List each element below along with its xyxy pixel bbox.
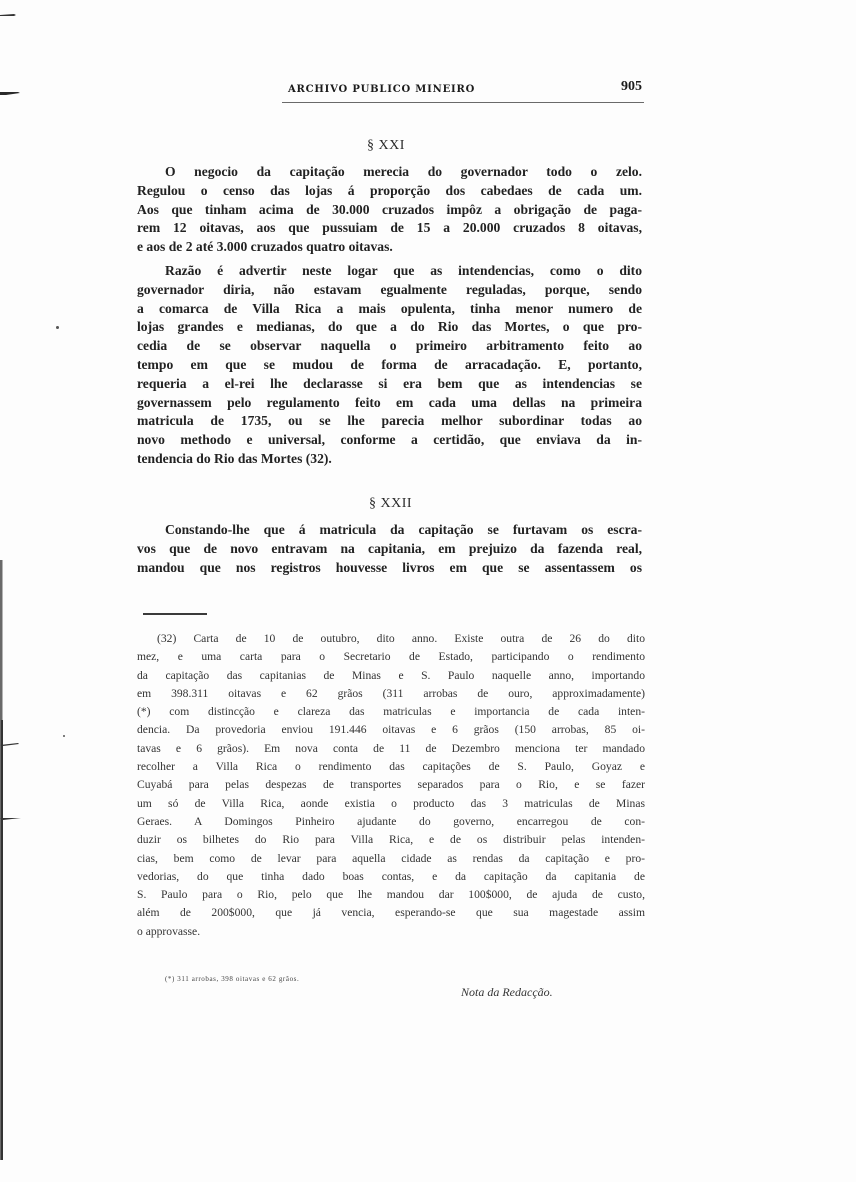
footnote-line: em 398.311 oitavas e 62 grãos (311 arrob…	[137, 685, 645, 703]
footnote-line: da capitação das capitanias de Minas e S…	[137, 667, 645, 685]
running-header: ARCHIVO PUBLICO MINEIRO 905	[282, 78, 644, 104]
text-line: novo methodo e universal, conforme a cer…	[137, 431, 642, 450]
footnote-line: recolher a Villa Rica o rendimento das c…	[137, 758, 645, 776]
text-line: cedia de se observar naquella o primeiro…	[137, 337, 642, 356]
text-line: e aos de 2 até 3.000 cruzados quatro oit…	[137, 238, 642, 257]
scan-speck	[56, 326, 59, 329]
text-line: vos que de novo entravam na capitania, e…	[137, 540, 642, 559]
paragraph-xxi-1: O negocio da capitação merecia do govern…	[137, 163, 642, 257]
footnote-line: um só de Villa Rica, aonde existia o pro…	[137, 795, 645, 813]
footnote-32: (32) Carta de 10 de outubro, dito anno. …	[137, 630, 645, 941]
text-line: tempo em que se mudou de forma de arraca…	[137, 356, 642, 375]
footnote-rule	[143, 613, 207, 615]
paragraph-xxii-1: Constando-lhe que á matricula da capitaç…	[137, 521, 642, 577]
footnote-line: Cuyabá para pelas despezas de transporte…	[137, 776, 645, 794]
footnote-line: (32) Carta de 10 de outubro, dito anno. …	[137, 630, 645, 648]
text-line: Razão é advertir neste logar que as inte…	[137, 262, 642, 281]
text-line: requeria a el-rei lhe declarasse si era …	[137, 375, 642, 394]
text-line: O negocio da capitação merecia do govern…	[137, 163, 642, 182]
page-number: 905	[621, 79, 642, 95]
header-rule	[282, 102, 644, 103]
footnote-line: o approvasse.	[137, 923, 645, 941]
footnote-line: cias, bem como de levar para aquella cid…	[137, 850, 645, 868]
editor-note: Nota da Redacção.	[461, 985, 553, 1000]
scanned-page: ARCHIVO PUBLICO MINEIRO 905 § XXI O nego…	[0, 0, 856, 1182]
footnote-line: Geraes. A Domingos Pinheiro ajudante do …	[137, 813, 645, 831]
text-line: Regulou o censo das lojas á proporção do…	[137, 182, 642, 201]
footnote-line: duzir os bilhetes do Rio para Villa Rica…	[137, 831, 645, 849]
text-line: rem 12 oitavas, aos que pussuiam de 15 a…	[137, 219, 642, 238]
text-line: mandou que nos registros houvesse livros…	[137, 559, 642, 578]
section-heading-xxi: § XXI	[367, 138, 405, 154]
text-line: governassem pelo regulamento feito em ca…	[137, 394, 642, 413]
text-line: Constando-lhe que á matricula da capitaç…	[137, 521, 642, 540]
text-line: Aos que tinham acima de 30.000 cruzados …	[137, 201, 642, 220]
asterisk-note: (*) 311 arrobas, 398 oitavas e 62 grãos.	[165, 975, 299, 983]
text-line: matricula de 1735, ou se lhe parecia mel…	[137, 412, 642, 431]
footnote-line: além de 200$000, que já vencia, esperand…	[137, 904, 645, 922]
footnote-line: mez, e uma carta para o Secretario de Es…	[137, 648, 645, 666]
footnote-line: tavas e 6 grãos). Em nova conta de 11 de…	[137, 740, 645, 758]
text-line: a comarca de Villa Rica a mais opulenta,…	[137, 300, 642, 319]
footnote-line: (*) com distincção e clareza das matricu…	[137, 703, 645, 721]
section-heading-xxii: § XXII	[369, 496, 412, 512]
text-line: lojas grandes e medianas, do que a do Ri…	[137, 318, 642, 337]
binding-edge-marks	[0, 0, 30, 1182]
footnote-line: dencia. Da provedoria enviou 191.446 oit…	[137, 721, 645, 739]
footnote-line: vedorias, do que tinha dado boas contas,…	[137, 868, 645, 886]
footnote-line: S. Paulo para o Rio, pelo que lhe mandou…	[137, 886, 645, 904]
text-line: governador diria, não estavam egualmente…	[137, 281, 642, 300]
text-line: tendencia do Rio das Mortes (32).	[137, 450, 642, 469]
paragraph-xxi-2: Razão é advertir neste logar que as inte…	[137, 262, 642, 469]
running-title: ARCHIVO PUBLICO MINEIRO	[288, 84, 475, 95]
scan-speck	[63, 735, 65, 737]
